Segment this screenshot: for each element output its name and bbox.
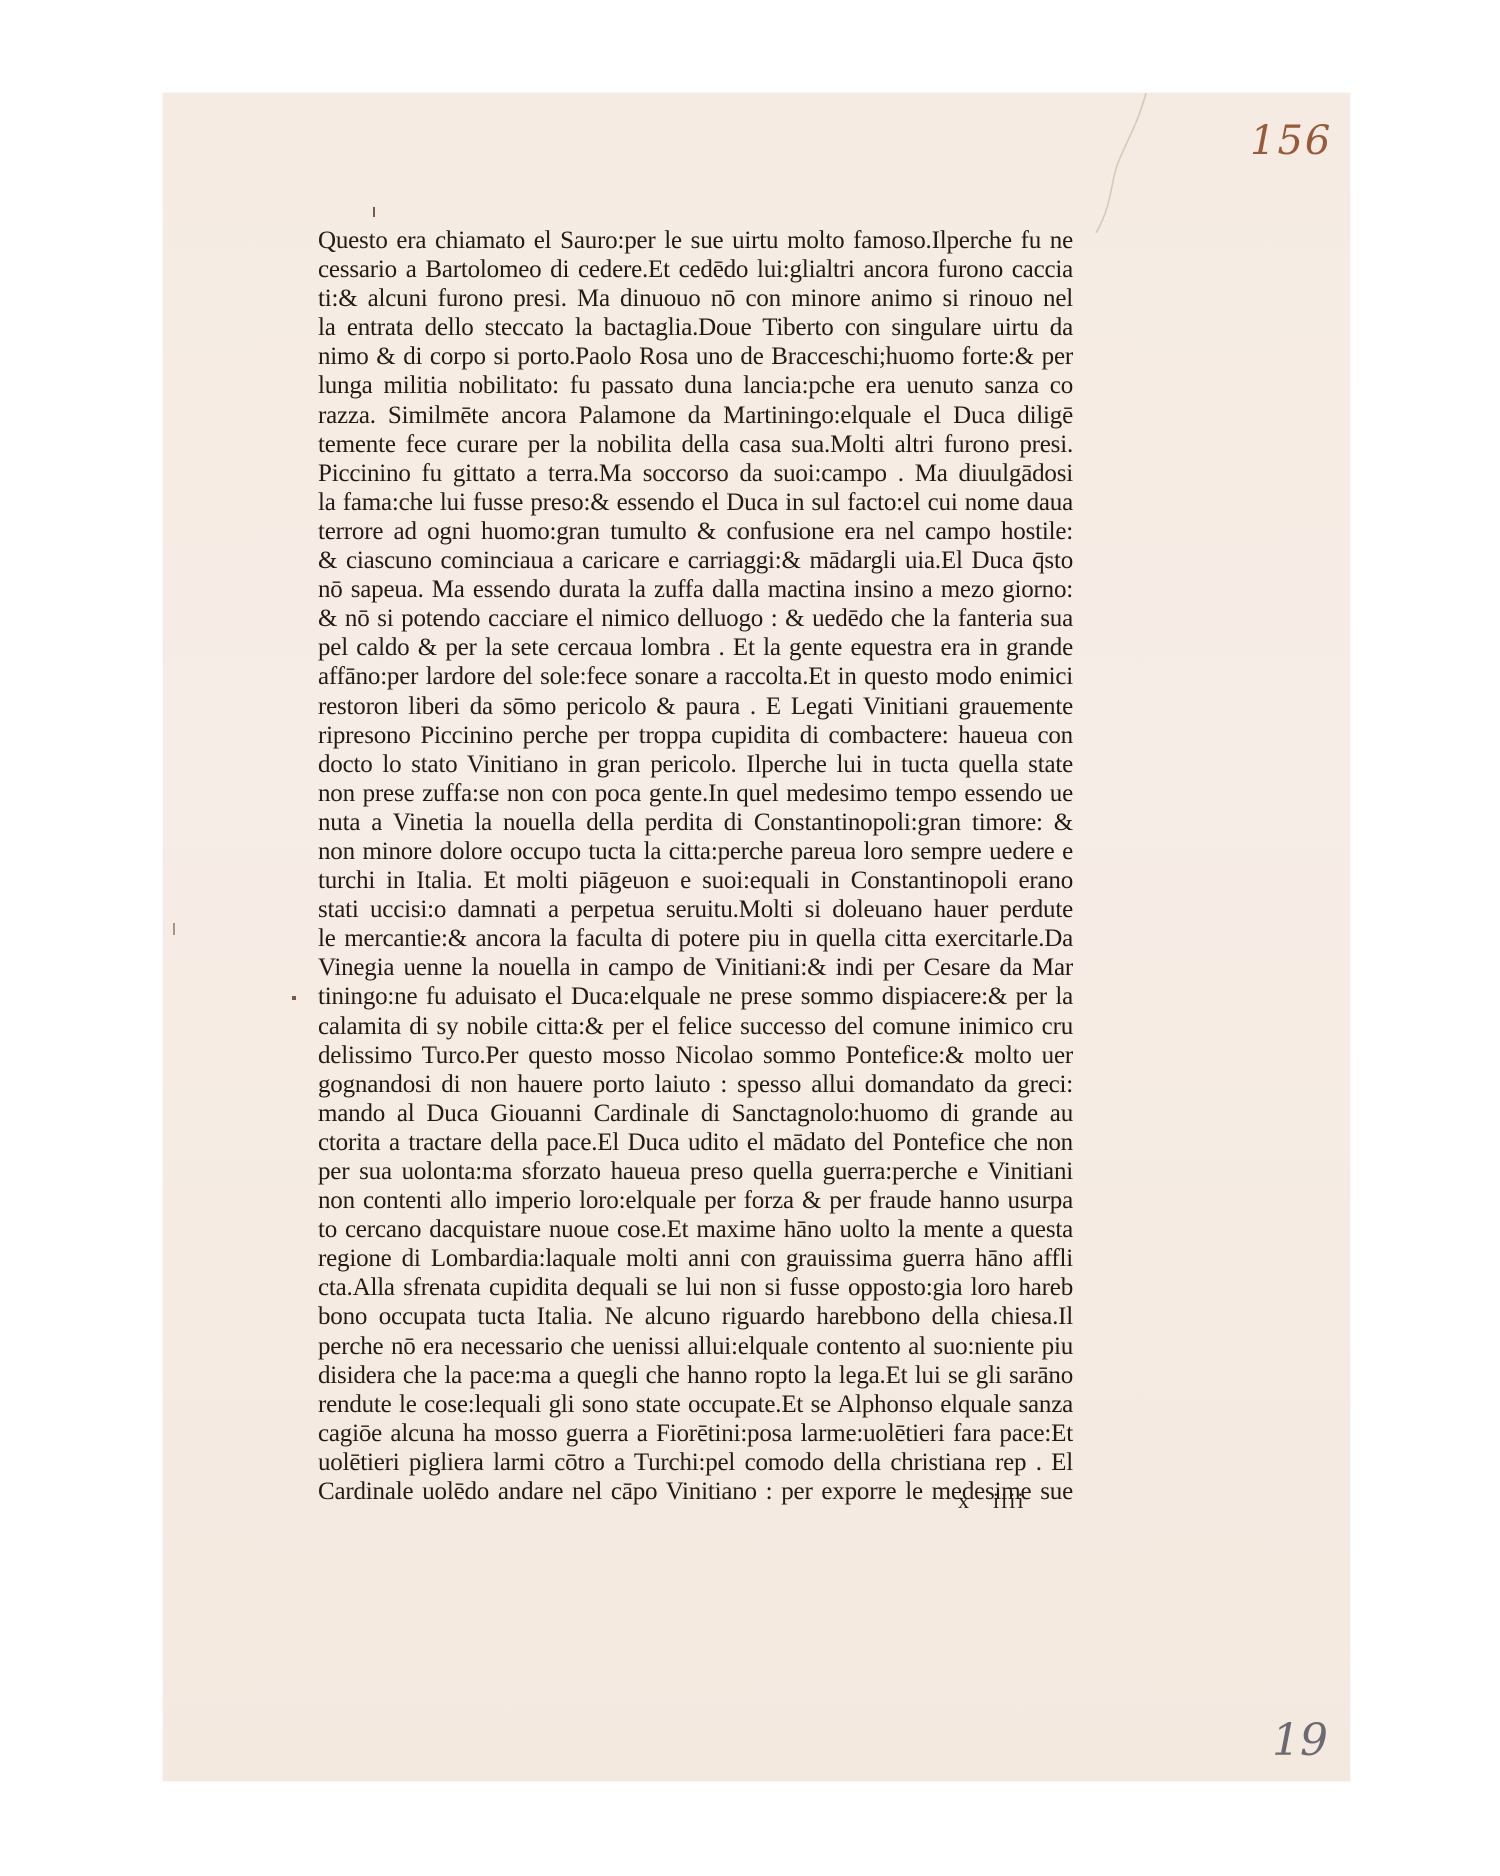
- text-line: Vinegia uenne la nouella in campo de Vin…: [318, 953, 1073, 982]
- signature-letter: x: [958, 1488, 971, 1513]
- signature-numeral: iiii: [993, 1488, 1025, 1513]
- text-line: to cercano dacquistare nuoue cose.Et max…: [318, 1215, 1073, 1244]
- text-line: ti:& alcuni furono presi. Ma dinuouo nō …: [318, 284, 1073, 313]
- text-line: & ciascuno cominciaua a caricare e carri…: [318, 546, 1073, 575]
- text-line: ctorita a tractare della pace.El Duca ud…: [318, 1128, 1073, 1157]
- text-line: pel caldo & per la sete cercaua lombra .…: [318, 633, 1073, 662]
- text-line: nimo & di corpo si porto.Paolo Rosa uno …: [318, 342, 1073, 371]
- text-line: affāno:per lardore del sole:fece sonare …: [318, 662, 1073, 691]
- text-line: terrore ad ogni huomo:gran tumulto & con…: [318, 517, 1073, 546]
- text-line: bono occupata tucta Italia. Ne alcuno ri…: [318, 1302, 1073, 1331]
- signature-mark: xiiii: [958, 1488, 1047, 1514]
- text-line: stati uccisi:o damnati a perpetua seruit…: [318, 895, 1073, 924]
- text-line: regione di Lombardia:laquale molti anni …: [318, 1244, 1073, 1273]
- text-block: Questo era chiamato el Sauro:per le sue …: [318, 226, 1073, 1506]
- text-line: docto lo stato Vinitiano in gran pericol…: [318, 750, 1073, 779]
- margin-mark-left-1: [173, 923, 175, 935]
- text-line: cta.Alla sfrenata cupidita dequali se lu…: [318, 1273, 1073, 1302]
- text-line: rendute le cose:lequali gli sono state o…: [318, 1390, 1073, 1419]
- text-line: uolētieri pigliera larmi cōtro a Turchi:…: [318, 1448, 1073, 1477]
- text-line: la fama:che lui fusse preso:& essendo el…: [318, 488, 1073, 517]
- foliation-annotation-bottom: 19: [1272, 1715, 1328, 1766]
- text-line: perche nō era necessario che uenissi all…: [318, 1332, 1073, 1361]
- margin-mark-left-2: [292, 996, 296, 1000]
- foliation-annotation-top: 156: [1250, 118, 1332, 164]
- text-line: calamita di sy nobile citta:& per el fel…: [318, 1012, 1073, 1041]
- text-line: per sua uolonta:ma sforzato haueua preso…: [318, 1157, 1073, 1186]
- text-line: nuta a Vinetia la nouella della perdita …: [318, 808, 1073, 837]
- text-line: la entrata dello steccato la bactaglia.D…: [318, 313, 1073, 342]
- text-line: lunga militia nobilitato: fu passato dun…: [318, 371, 1073, 400]
- text-line: delissimo Turco.Per questo mosso Nicolao…: [318, 1041, 1073, 1070]
- text-line: tiningo:ne fu aduisato el Duca:elquale n…: [318, 982, 1073, 1011]
- text-line: gognandosi di non hauere porto laiuto : …: [318, 1070, 1073, 1099]
- text-line: ripresono Piccinino perche per troppa cu…: [318, 721, 1073, 750]
- text-line: non minore dolore occupo tucta la citta:…: [318, 837, 1073, 866]
- text-line: le mercantie:& ancora la faculta di pote…: [318, 924, 1073, 953]
- text-line: & nō si potendo cacciare el nimico dellu…: [318, 604, 1073, 633]
- text-line: Questo era chiamato el Sauro:per le sue …: [318, 226, 1073, 255]
- text-line: temente fece curare per la nobilita dell…: [318, 430, 1073, 459]
- text-line: restoron liberi da sōmo pericolo & paura…: [318, 692, 1073, 721]
- text-line: cagiōe alcuna ha mosso guerra a Fiorētin…: [318, 1419, 1073, 1448]
- margin-mark-top: [373, 207, 375, 217]
- text-line: turchi in Italia. Et molti piāgeuon e su…: [318, 866, 1073, 895]
- text-line: razza. Similmēte ancora Palamone da Mart…: [318, 401, 1073, 430]
- text-line: Piccinino fu gittato a terra.Ma soccorso…: [318, 459, 1073, 488]
- paper-crease: [1088, 93, 1148, 233]
- text-line: non contenti allo imperio loro:elquale p…: [318, 1186, 1073, 1215]
- text-line: cessario a Bartolomeo di cedere.Et cedēd…: [318, 255, 1073, 284]
- text-line: disidera che la pace:ma a quegli che han…: [318, 1361, 1073, 1390]
- text-line: mando al Duca Giouanni Cardinale di Sanc…: [318, 1099, 1073, 1128]
- text-line: non prese zuffa:se non con poca gente.In…: [318, 779, 1073, 808]
- text-line: nō sapeua. Ma essendo durata la zuffa da…: [318, 575, 1073, 604]
